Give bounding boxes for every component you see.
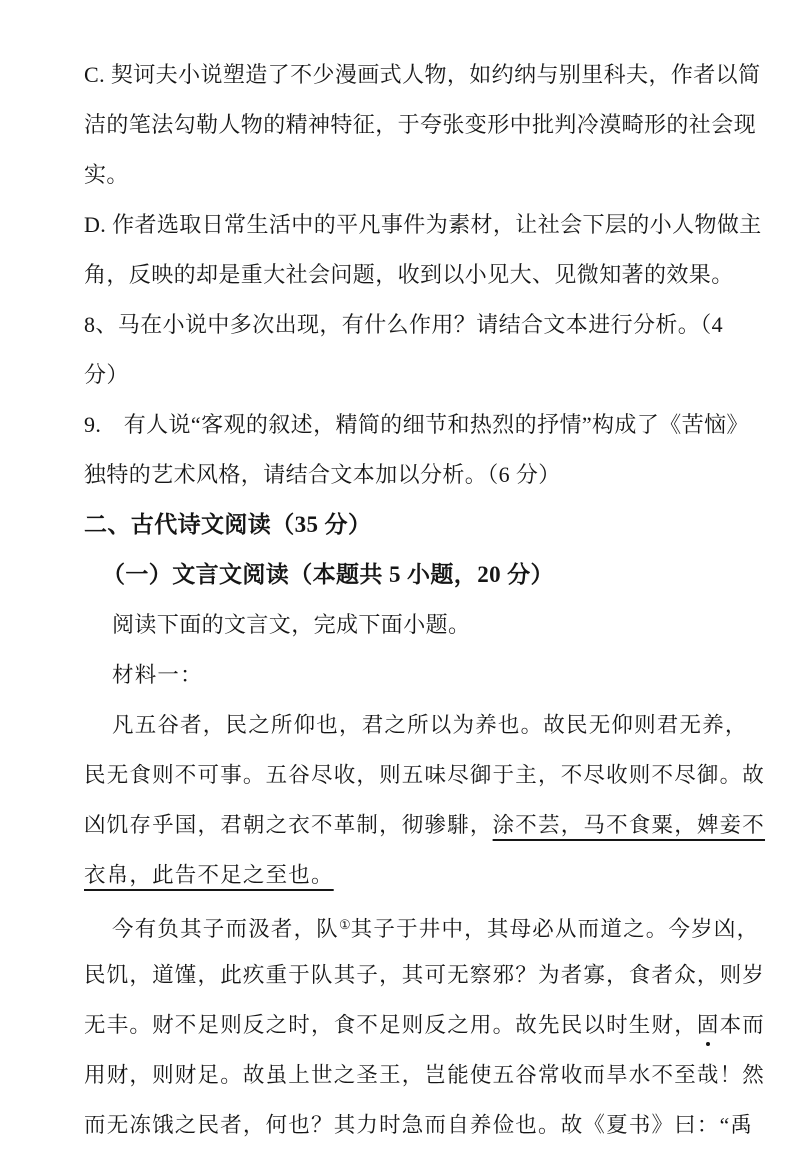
- text-segment: 独特的艺术风格，请结合文本加以分析。（6 分）: [84, 462, 561, 487]
- text-line: 民无食则不可事。五谷尽收，则五味尽御于主，不尽收则不尽御。故: [84, 750, 770, 800]
- text-line: 分）: [84, 350, 770, 400]
- text-line: 8、马在小说中多次出现，有什么作用？请结合文本进行分析。（4: [84, 300, 770, 350]
- document-body: C. 契诃夫小说塑造了不少漫画式人物，如约纳与别里科夫，作者以简洁的笔法勾勒人物…: [0, 0, 800, 1150]
- text-line: 9. 有人说“客观的叙述，精简的细节和热烈的抒情”构成了《苦恼》: [84, 400, 770, 450]
- text-segment: 凶饥存乎国，君朝之衣不革制，彻骖騑，: [84, 813, 493, 837]
- text-line: D. 作者选取日常生活中的平凡事件为素材，让社会下层的小人物做主: [84, 200, 770, 250]
- text-line: 用财，则财足。故虽上世之圣王，岂能使五谷常收而旱水不至哉！然: [84, 1050, 770, 1100]
- text-segment: 本而: [720, 1013, 765, 1037]
- text-line: （一）文言文阅读（本题共 5 小题，20 分）: [84, 550, 770, 600]
- text-segment: 8、马在小说中多次出现，有什么作用？请结合文本进行分析。（4: [84, 312, 723, 337]
- text-segment: 二、古代诗文阅读（35 分）: [84, 512, 371, 537]
- text-segment: 分）: [84, 362, 129, 387]
- footnote-superscript: ①: [339, 917, 351, 932]
- text-line: 二、古代诗文阅读（35 分）: [84, 500, 770, 550]
- text-line: C. 契诃夫小说塑造了不少漫画式人物，如约纳与别里科夫，作者以简: [84, 50, 770, 100]
- text-segment: 无丰。财不足则反之时，食不足则反之用。故先民以时生财，: [84, 1013, 697, 1037]
- text-line: 洁的笔法勾勒人物的精神特征，于夸张变形中批判冷漠畸形的社会现: [84, 100, 770, 150]
- text-line: 凡五谷者，民之所仰也，君之所以为养也。故民无仰则君无养，: [84, 700, 770, 750]
- text-line: 凶饥存乎国，君朝之衣不革制，彻骖騑，涂不芸，马不食粟，婢妾不: [84, 800, 770, 850]
- text-segment: 民饥，道馑，此疚重于队其子，其可无察邪？为者寡，食者众，则岁: [84, 963, 765, 987]
- text-segment: （一）文言文阅读（本题共 5 小题，20 分）: [102, 562, 554, 587]
- underlined-text-segment: 衣帛，此告不足之至也。: [84, 863, 334, 887]
- text-segment: D. 作者选取日常生活中的平凡事件为素材，让社会下层的小人物做主: [84, 212, 762, 237]
- text-segment: 其子于井中，其母必从而道之。今岁凶，: [351, 917, 760, 941]
- text-segment: 用财，则财足。故虽上世之圣王，岂能使五谷常收而旱水不至哉！然: [84, 1063, 765, 1087]
- text-segment: 阅读下面的文言文，完成下面小题。: [112, 612, 470, 637]
- text-segment: 凡五谷者，民之所仰也，君之所以为养也。故民无仰则君无养，: [112, 713, 748, 737]
- text-line: 民饥，道馑，此疚重于队其子，其可无察邪？为者寡，食者众，则岁: [84, 950, 770, 1000]
- text-line: 今有负其子而汲者，队①其子于井中，其母必从而道之。今岁凶，: [84, 900, 770, 950]
- text-line: 无丰。财不足则反之时，食不足则反之用。故先民以时生财，固本而: [84, 1000, 770, 1050]
- text-segment: C. 契诃夫小说塑造了不少漫画式人物，如约纳与别里科夫，作者以简: [84, 62, 760, 87]
- text-segment: 而无冻饿之民者，何也？其力时急而自养俭也。故《夏书》曰：“禹: [84, 1113, 753, 1137]
- text-segment: 民无食则不可事。五谷尽收，则五味尽御于主，不尽收则不尽御。故: [84, 763, 765, 787]
- text-line: 材料一：: [84, 650, 770, 700]
- text-line: 角，反映的却是重大社会问题，收到以小见大、见微知著的效果。: [84, 250, 770, 300]
- text-line: 阅读下面的文言文，完成下面小题。: [84, 600, 770, 650]
- text-segment: 角，反映的却是重大社会问题，收到以小见大、见微知著的效果。: [84, 262, 734, 287]
- text-segment: 材料一：: [112, 663, 203, 687]
- underlined-text-segment: 涂不芸，马不食粟，婢妾不: [493, 813, 765, 837]
- text-line: 衣帛，此告不足之至也。: [84, 850, 770, 900]
- emphasis-dot-character: 固: [697, 1008, 720, 1039]
- text-segment: 9. 有人说“客观的叙述，精简的细节和热烈的抒情”构成了《苦恼》: [84, 412, 749, 437]
- text-line: 独特的艺术风格，请结合文本加以分析。（6 分）: [84, 450, 770, 500]
- text-segment: 实。: [84, 162, 129, 187]
- text-line: 而无冻饿之民者，何也？其力时急而自养俭也。故《夏书》曰：“禹: [84, 1100, 770, 1150]
- text-line: 实。: [84, 150, 770, 200]
- text-segment: 洁的笔法勾勒人物的精神特征，于夸张变形中批判冷漠畸形的社会现: [84, 112, 756, 137]
- exam-paper-page: C. 契诃夫小说塑造了不少漫画式人物，如约纳与别里科夫，作者以简洁的笔法勾勒人物…: [0, 0, 800, 1176]
- text-segment: 今有负其子而汲者，队: [112, 917, 339, 941]
